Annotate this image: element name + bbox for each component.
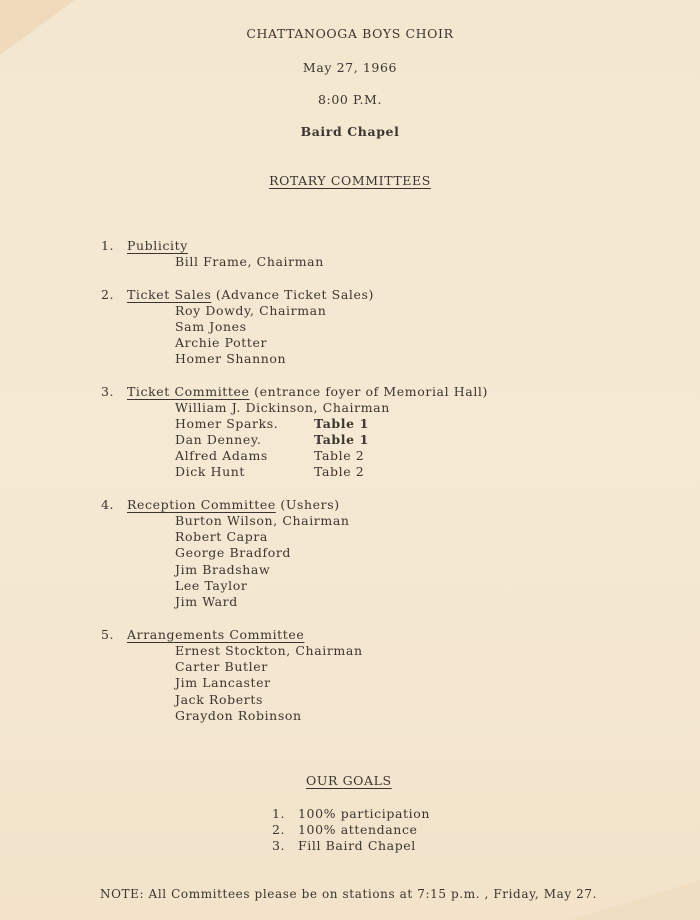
document-page: CHATTANOOGA BOYS CHOIR May 27, 1966 8:00…: [0, 0, 700, 920]
committee-number: 2.: [101, 287, 114, 302]
goal-text: 100% participation: [298, 806, 430, 821]
goal-text: 100% attendance: [298, 822, 418, 837]
table-assignment: Table 2: [314, 448, 364, 463]
committee-number: 4.: [101, 497, 114, 512]
committee-member: Dick Hunt: [175, 464, 245, 479]
goals-title: OUR GOALS: [306, 773, 392, 788]
committee-name: Publicity: [127, 238, 188, 253]
committee-member: Ernest Stockton, Chairman: [175, 643, 363, 658]
committee-member: Carter Butler: [175, 659, 268, 674]
committee-member: Sam Jones: [175, 319, 247, 334]
committee-name: Ticket Sales: [127, 287, 211, 302]
goal-number: 1.: [272, 806, 285, 821]
table-assignment: Table 1: [314, 416, 369, 431]
committee-member: Homer Shannon: [175, 351, 286, 366]
goal-text: Fill Baird Chapel: [298, 838, 416, 853]
event-time: 8:00 P.M.: [0, 92, 700, 107]
committee-name: Arrangements Committee: [127, 627, 304, 642]
section-title: ROTARY COMMITTEES: [0, 173, 700, 188]
committee-member: Roy Dowdy, Chairman: [175, 303, 326, 318]
goal-number: 3.: [272, 838, 285, 853]
table-assignment: Table 1: [314, 432, 369, 447]
committee-number: 3.: [101, 384, 114, 399]
committee-member: Graydon Robinson: [175, 708, 302, 723]
committee-member: Burton Wilson, Chairman: [175, 513, 350, 528]
committee-member: Bill Frame, Chairman: [175, 254, 324, 269]
committee-member: Homer Sparks.: [175, 416, 278, 431]
committee-note: (Advance Ticket Sales): [216, 287, 374, 302]
footer-note: NOTE: All Committees please be on statio…: [100, 887, 597, 901]
committee-member: Dan Denney.: [175, 432, 261, 447]
committee-name: Reception Committee: [127, 497, 276, 512]
committee-member: Lee Taylor: [175, 578, 247, 593]
committee-name: Ticket Committee: [127, 384, 250, 399]
committee-member: Jim Ward: [175, 594, 238, 609]
committee-member: George Bradford: [175, 545, 291, 560]
committee-heading: Reception Committee (Ushers): [127, 497, 340, 512]
committee-heading: Ticket Sales (Advance Ticket Sales): [127, 287, 374, 302]
committee-member: Jack Roberts: [175, 692, 263, 707]
committee-member: Robert Capra: [175, 529, 268, 544]
committee-note: (entrance foyer of Memorial Hall): [254, 384, 488, 399]
committee-chairman: William J. Dickinson, Chairman: [175, 400, 390, 415]
committee-member: Alfred Adams: [175, 448, 268, 463]
event-venue: Baird Chapel: [0, 124, 700, 139]
committee-note: (Ushers): [280, 497, 339, 512]
committee-member: Jim Lancaster: [175, 675, 271, 690]
event-date: May 27, 1966: [0, 60, 700, 75]
committee-member: Archie Potter: [175, 335, 267, 350]
committee-heading: Ticket Committee (entrance foyer of Memo…: [127, 384, 488, 399]
goal-number: 2.: [272, 822, 285, 837]
document-title: CHATTANOOGA BOYS CHOIR: [0, 26, 700, 41]
table-assignment: Table 2: [314, 464, 364, 479]
committee-member: Jim Bradshaw: [175, 562, 270, 577]
committee-number: 5.: [101, 627, 114, 642]
committee-number: 1.: [101, 238, 114, 253]
